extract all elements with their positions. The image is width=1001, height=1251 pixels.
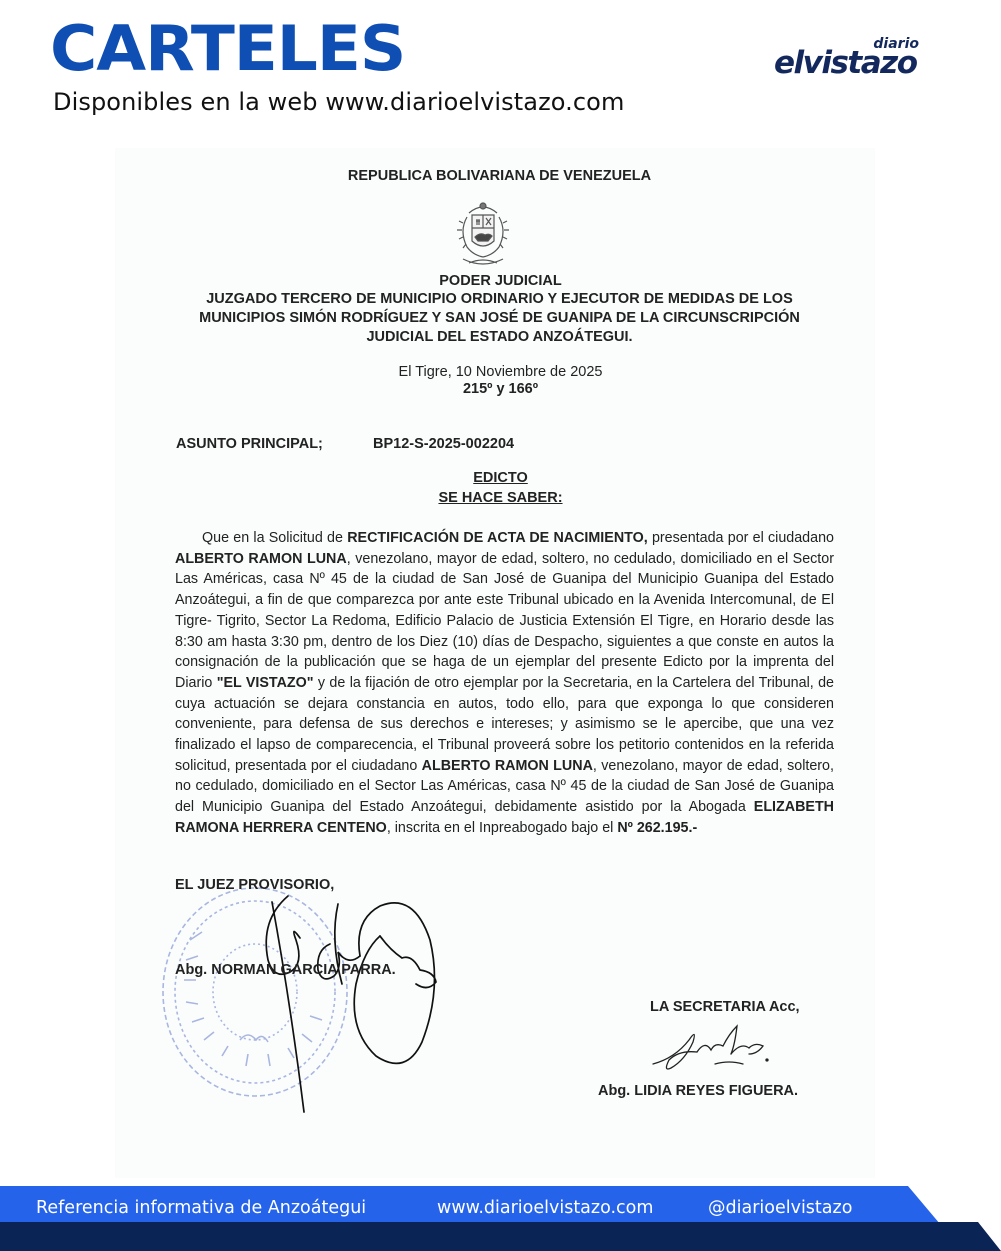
footer-website-link[interactable]: www.diarioelvistazo.com: [437, 1198, 653, 1218]
body-run: , venezolano, mayor de edad, soltero, no…: [175, 551, 834, 691]
coat-of-arms-icon: [447, 197, 519, 271]
secretary-signature: [645, 1020, 775, 1075]
place-date: El Tigre, 10 Noviembre de 2025: [0, 364, 1001, 380]
judge-signature: [230, 880, 450, 1120]
judge-title: EL JUEZ PROVISORIO,: [175, 877, 334, 893]
case-label: ASUNTO PRINCIPAL;: [176, 436, 373, 452]
court-line: JUZGADO TERCERO DE MUNICIPIO ORDINARIO Y…: [0, 290, 1000, 309]
court-line: JUDICIAL DEL ESTADO ANZOÁTEGUI.: [0, 328, 1000, 347]
body-emphasis: RECTIFICACIÓN DE ACTA DE NACIMIENTO,: [347, 530, 648, 546]
body-run: Que en la Solicitud de: [202, 530, 347, 546]
judge-name: Abg. NORMAN GARCIA PARRA.: [175, 962, 396, 978]
case-number: BP12-S-2025-002204: [373, 436, 514, 452]
secretary-name: Abg. LIDIA REYES FIGUERA.: [598, 1083, 798, 1099]
body-emphasis: ALBERTO RAMON LUNA: [422, 758, 593, 774]
case-reference: ASUNTO PRINCIPAL;BP12-S-2025-002204: [176, 436, 514, 452]
body-emphasis: "EL VISTAZO": [217, 675, 314, 691]
era-years: 215º y 166º: [0, 381, 1001, 397]
edict-document: REPUBLICA BOLIVARIANA DE VENEZUELA PODER…: [0, 0, 1001, 1180]
republic-heading: REPUBLICA BOLIVARIANA DE VENEZUELA: [0, 168, 1000, 184]
edict-subheading: SE HACE SABER:: [0, 490, 1001, 506]
footer-social-handle[interactable]: @diarioelvistazo: [708, 1198, 852, 1218]
body-emphasis: ALBERTO RAMON LUNA: [175, 551, 347, 567]
court-name: JUZGADO TERCERO DE MUNICIPIO ORDINARIO Y…: [0, 290, 1000, 347]
body-emphasis: Nº 262.195.-: [617, 820, 697, 836]
edict-heading: EDICTO: [0, 470, 1001, 486]
footer-tagline: Referencia informativa de Anzoátegui: [36, 1198, 366, 1218]
edict-body: Que en la Solicitud de RECTIFICACIÓN DE …: [175, 528, 834, 839]
body-run: , inscrita en el Inpreabogado bajo el: [387, 820, 618, 836]
footer-base-bar: [0, 1222, 1001, 1251]
body-run: presentada por el ciudadano: [648, 530, 834, 546]
court-line: MUNICIPIOS SIMÓN RODRÍGUEZ Y SAN JOSÉ DE…: [0, 309, 1000, 328]
secretary-title: LA SECRETARIA Acc,: [650, 999, 800, 1015]
branch-heading: PODER JUDICIAL: [0, 273, 1001, 289]
